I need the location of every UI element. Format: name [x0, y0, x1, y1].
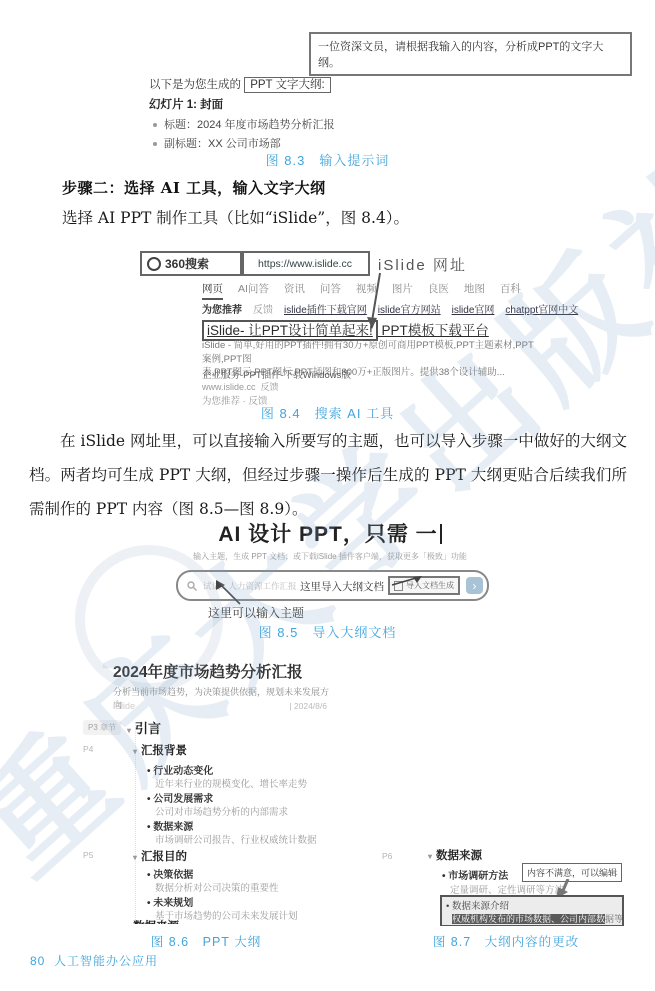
search-result-title-boxed: iSlide- 让PPT设计简单起来! — [202, 320, 378, 341]
import-annotation: 这里导入大纲文档 — [300, 579, 384, 594]
step-2-body-line: 选择 AI PPT 制作工具（比如“iSlide”，图 8.4）。 — [62, 206, 409, 228]
figure-8-4-caption: 图 8.4 搜索 AI 工具 — [0, 403, 655, 422]
outline-brand: iSlide — [113, 701, 135, 711]
figure-8-6-screenshot: 2024年度市场趋势分析汇报 分析当前市场趋势，为决策提供依据，规划未来发展方向… — [75, 652, 337, 924]
tab-images[interactable]: 图片 — [392, 281, 413, 300]
recommend-row: 为您推荐 反馈 islide插件下载官网 islide官方网站 islide官网… — [202, 301, 578, 316]
recommend-link-2[interactable]: islide官方网站 — [378, 301, 441, 316]
search-engine-logo: 360搜索 — [140, 251, 244, 276]
generated-intro-boxed: PPT 文字大纲: — [244, 77, 331, 93]
page-badge-p5: P5 — [83, 850, 93, 860]
caret-down-icon: ▾ — [428, 852, 432, 861]
result-url-line: www.islide.cc 反馈 — [202, 380, 279, 393]
selected-item-desc: 权威机构发布的市场数据、公司内部数据等 — [442, 912, 622, 925]
outline-item: • 数据来源 — [147, 818, 193, 833]
address-bar-url: https://www.islide.cc — [258, 258, 352, 270]
outline-item-desc: 市场调研公司报告、行业权威统计数据 — [155, 832, 317, 846]
selected-item-title-text: 数据来源介绍 — [452, 901, 509, 912]
annotation-arrow-up-icon — [212, 580, 246, 606]
slide-bullet-subtitle: 副标题：XX 公司市场部 — [153, 135, 281, 151]
tab-webpage[interactable]: 网页 — [202, 281, 223, 300]
body-paragraph: 在 iSlide 网址里，可以直接输入所要写的主题，也可以导入步骤一中做好的大纲… — [29, 424, 627, 526]
recommend-link-3[interactable]: islide官网 — [452, 301, 495, 316]
outline-item-desc: 公司对市场趋势分析的内部需求 — [155, 804, 288, 818]
book-title: 人工智能办公应用 — [54, 954, 158, 968]
tab-news[interactable]: 资讯 — [284, 281, 305, 300]
generate-submit-button[interactable]: › — [466, 577, 483, 594]
outline-section-datasource[interactable]: ▾数据来源 — [428, 847, 482, 863]
outline-section-purpose-label: 汇报目的 — [141, 851, 187, 863]
figure-8-4-screenshot: 360搜索 https://www.islide.cc iSlide 网址 网页… — [140, 249, 582, 399]
tab-video[interactable]: 视频 — [356, 281, 377, 300]
step-2-heading: 步骤二：选择 AI 工具，输入文字大纲 — [62, 177, 326, 198]
outline-section-intro-label: 引言 — [135, 721, 161, 736]
recommend-feedback[interactable]: 反馈 — [253, 301, 273, 316]
slide-bullet-subtitle-text: 副标题：XX 公司市场部 — [164, 138, 281, 150]
prompt-text-box: 一位资深文员，请根据我输入的内容，分析成PPT的文字大纲。 — [309, 32, 632, 76]
outline-item-desc: 数据分析对公司决策的重要性 — [155, 880, 279, 894]
result-feedback-link[interactable]: 反馈 — [261, 382, 279, 392]
slide-bullet-title: 标题：2024 年度市场趋势分析汇报 — [153, 116, 335, 132]
highlight-rest-text: 据等 — [605, 914, 623, 924]
outline-item-label: 市场调研方法 — [448, 871, 508, 882]
highlighted-text: 权威机构发布的市场数据、公司内部数 — [452, 914, 605, 924]
outline-section-datasource-label: 数据来源 — [436, 850, 482, 862]
result-site-url: www.islide.cc — [202, 382, 256, 392]
page-number: 80 — [30, 954, 45, 968]
outline-item-desc: 近年来行业的规模变化、增长率走势 — [155, 776, 307, 790]
page-badge-p3: P3 章节 — [83, 720, 121, 735]
slide-bullet-title-text: 标题：2024 年度市场趋势分析汇报 — [164, 119, 335, 131]
figure-8-7-screenshot: P6 ▾数据来源 • 市场调研方法 内容不满意，可以编辑 定量调研、定性调研等方… — [372, 843, 640, 926]
result-sitelinks[interactable]: 企业服务-PPT插件-下载Windows版 — [202, 367, 351, 381]
search-result-title[interactable]: iSlide- 让PPT设计简单起来! PPT模板下载平台 — [202, 319, 489, 339]
figure-8-7-caption: 图 8.7 大纲内容的更改 — [372, 932, 640, 950]
outline-item: • 行业动态变化 — [147, 762, 213, 777]
caret-down-icon: ▾ — [133, 747, 137, 756]
tab-maps[interactable]: 地图 — [464, 281, 485, 300]
text-cursor — [440, 524, 442, 544]
bullet-icon — [153, 142, 157, 146]
topic-annotation: 这里可以输入主题 — [208, 604, 304, 621]
outline-item: • 市场调研方法 — [442, 867, 508, 882]
islide-hero-title-text: AI 设计 PPT，只需 一 — [218, 523, 437, 546]
figure-8-5-caption: 图 8.5 导入大纲文档 — [0, 622, 655, 641]
generated-intro-line: 以下是为您生成的 PPT 文字大纲: — [149, 76, 331, 92]
recommend-label: 为您推荐 — [202, 301, 242, 316]
360-logo-icon — [147, 257, 161, 271]
outline-item: • 未来规划 — [147, 894, 193, 909]
figure-8-6-caption: 图 8.6 PPT 大纲 — [75, 932, 337, 950]
tab-doctor[interactable]: 良医 — [428, 281, 449, 300]
recommend-link-4[interactable]: chatppt官网中文 — [505, 301, 578, 316]
search-engine-name: 360搜索 — [165, 255, 209, 272]
outline-section-intro[interactable]: ▾引言 — [127, 718, 161, 737]
caret-down-icon: ▾ — [127, 726, 131, 735]
figure-8-3-caption: 图 8.3 输入提示词 — [0, 150, 655, 169]
outline-item-desc: 定量调研、定性调研等方法 — [450, 882, 564, 896]
outline-section-purpose[interactable]: ▾汇报目的 — [133, 848, 187, 864]
tab-qa[interactable]: 问答 — [320, 281, 341, 300]
caret-down-icon: ▾ — [133, 853, 137, 862]
page-badge-p4: P4 — [83, 744, 93, 754]
figure-8-5-screenshot: AI 设计 PPT，只需 一 输入主题，生成 PPT 文档；或下载iSlide … — [152, 518, 508, 626]
outline-item: • 公司发展需求 — [147, 790, 213, 805]
outline-section-background-label: 汇报背景 — [141, 745, 187, 757]
islide-hero-title: AI 设计 PPT，只需 一 — [152, 518, 508, 548]
recommend-link-1[interactable]: islide插件下载官网 — [284, 301, 367, 316]
slide-1-heading: 幻灯片 1: 封面 — [149, 96, 223, 112]
document-page: 重庆大学出版社 一位资深文员，请根据我输入的内容，分析成PPT的文字大纲。 以下… — [0, 0, 655, 991]
result-desc-line-1: iSlide - 简单,好用的PPT插件!拥有30万+原创可商用PPT模板,PP… — [202, 340, 534, 365]
outline-title: 2024年度市场趋势分析汇报 — [113, 660, 302, 682]
outline-section-background[interactable]: ▾汇报背景 — [133, 742, 187, 758]
page-footer: 80 人工智能办公应用 — [30, 952, 158, 969]
page-badge-p6: P6 — [382, 851, 392, 861]
search-icon — [187, 581, 197, 591]
outline-date: | 2024/8/6 — [289, 701, 327, 711]
generated-intro-prefix: 以下是为您生成的 — [149, 79, 241, 91]
outline-section-cutoff: 数据来源 — [133, 918, 179, 924]
search-result-title-rest: PPT模板下载平台 — [378, 323, 489, 338]
annotation-arrow-right-icon — [390, 574, 424, 588]
selected-outline-block[interactable]: • 数据来源介绍 权威机构发布的市场数据、公司内部数据等 — [440, 895, 624, 926]
search-tabs: 网页 AI问答 资讯 问答 视频 图片 良医 地图 百科 — [202, 281, 521, 300]
tab-ai-qa[interactable]: AI问答 — [238, 281, 269, 300]
outline-item: • 决策依据 — [147, 866, 193, 881]
selected-item-title: • 数据来源介绍 — [442, 897, 622, 912]
bullet-icon — [153, 123, 157, 127]
islide-hero-subtitle: 输入主题，生成 PPT 文档；或下载iSlide 插件客户端，获取更多「极致」功… — [152, 551, 508, 562]
tab-wiki[interactable]: 百科 — [500, 281, 521, 300]
